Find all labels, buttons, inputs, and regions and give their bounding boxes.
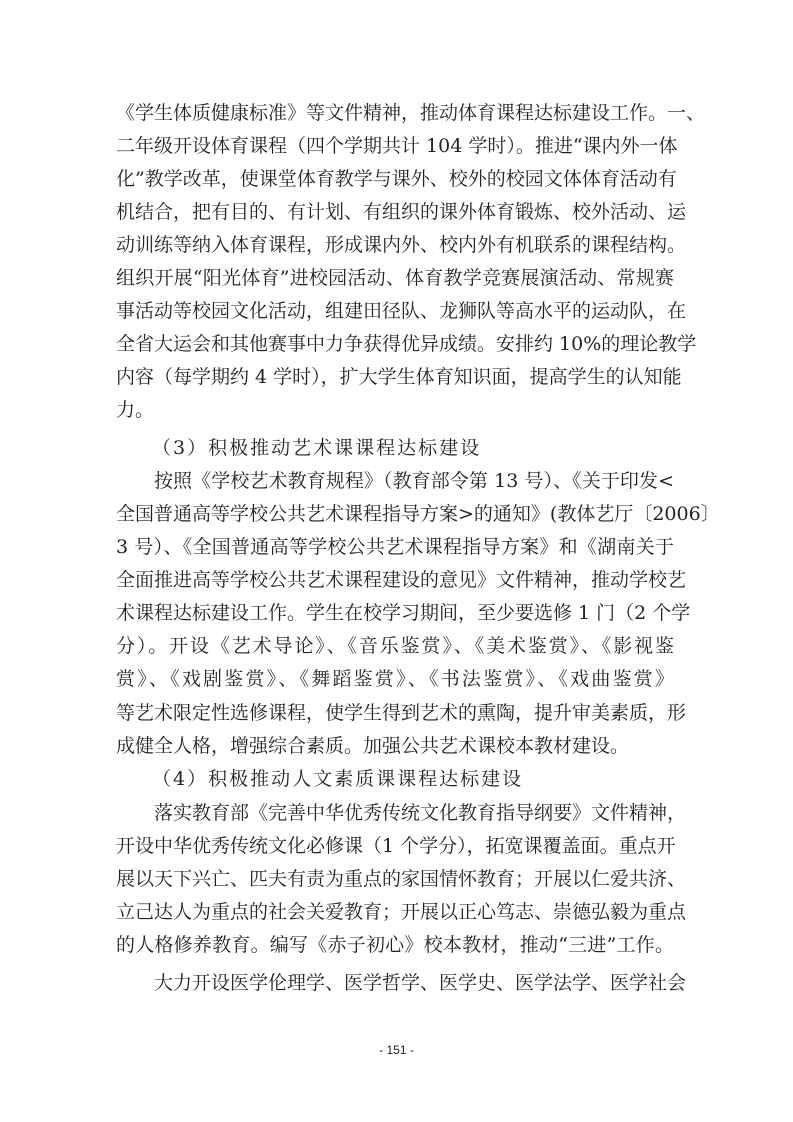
- paragraph-line: 内容（每学期约 4 学时），扩大学生体育知识面，提高学生的认知能: [116, 364, 674, 390]
- page-number: - 151 -: [0, 1043, 793, 1057]
- paragraph-last-line: 成健全人格，增强综合素质。加强公共艺术课校本教材建设。: [116, 733, 674, 759]
- paragraph-line: 等艺术限定性选修课程，使学生得到艺术的熏陶，提升审美素质，形: [116, 700, 674, 726]
- paragraph-line: 全面推进高等学校公共艺术课程建设的意见》文件精神，推动学校艺: [116, 567, 674, 593]
- paragraph-first-line: 按照《学校艺术教育规程》（教育部令第 13 号）、《关于印发<: [154, 468, 674, 494]
- paragraph-line: 分）。开设《艺术导论》、《音乐鉴赏》、《美术鉴赏》、《影视鉴: [116, 633, 674, 659]
- paragraph-line: 立己达人为重点的社会关爱教育；开展以正心笃志、崇德弘毅为重点: [116, 899, 674, 925]
- section-heading: （3）积极推动艺术课课程达标建设: [152, 435, 481, 461]
- paragraph-line: 展以天下兴亡、匹夫有责为重点的家国情怀教育；开展以仁爱共济、: [116, 866, 674, 892]
- paragraph-line: 全国普通高等学校公共艺术课程指导方案>的通知》(教体艺厅〔2006〕: [116, 501, 674, 527]
- paragraph-line: 动训练等纳入体育课程，形成课内外、校内外有机联系的课程结构。: [116, 232, 674, 258]
- paragraph-last-line: 力。: [116, 397, 674, 423]
- paragraph-first-line: 大力开设医学伦理学、医学哲学、医学史、医学法学、医学社会: [154, 970, 674, 996]
- paragraph-line: 赏》、《戏剧鉴赏》、《舞蹈鉴赏》、《书法鉴赏》、《戏曲鉴赏》: [116, 666, 674, 692]
- paragraph-line: 全省大运会和其他赛事中力争获得优异成绩。安排约 10%的理论教学: [116, 331, 674, 357]
- paragraph-line: 组织开展“阳光体育”进校园活动、体育教学竞赛展演活动、常规赛: [116, 265, 674, 291]
- paragraph-line: 化”教学改革，使课堂体育教学与课外、校外的校园文体体育活动有: [116, 166, 674, 192]
- paragraph-first-line: 落实教育部《完善中华优秀传统文化教育指导纲要》文件精神，: [154, 800, 674, 826]
- paragraph-line: 《学生体质健康标准》等文件精神，推动体育课程达标建设工作。一、: [116, 100, 674, 126]
- paragraph-line: 术课程达标建设工作。学生在校学习期间，至少要选修 1 门（2 个学: [116, 600, 674, 626]
- paragraph-line: 二年级开设体育课程（四个学期共计 104 学时）。推进“课内外一体: [116, 133, 674, 159]
- paragraph-line: 的人格修养教育。编写《赤子初心》校本教材，推动“三进”工作。: [116, 932, 674, 958]
- section-heading: （4）积极推动人文素质课课程达标建设: [152, 766, 523, 792]
- paragraph-line: 开设中华优秀传统文化必修课（1 个学分），拓宽课覆盖面。重点开: [116, 833, 674, 859]
- paragraph-line: 事活动等校园文化活动，组建田径队、龙狮队等高水平的运动队，在: [116, 298, 674, 324]
- document-page: 《学生体质健康标准》等文件精神，推动体育课程达标建设工作。一、二年级开设体育课程…: [0, 0, 793, 1122]
- paragraph-line: 机结合，把有目的、有计划、有组织的课外体育锻炼、校外活动、运: [116, 199, 674, 225]
- paragraph-line: 3 号）、《全国普通高等学校公共艺术课程指导方案》和《湖南关于: [116, 534, 674, 560]
